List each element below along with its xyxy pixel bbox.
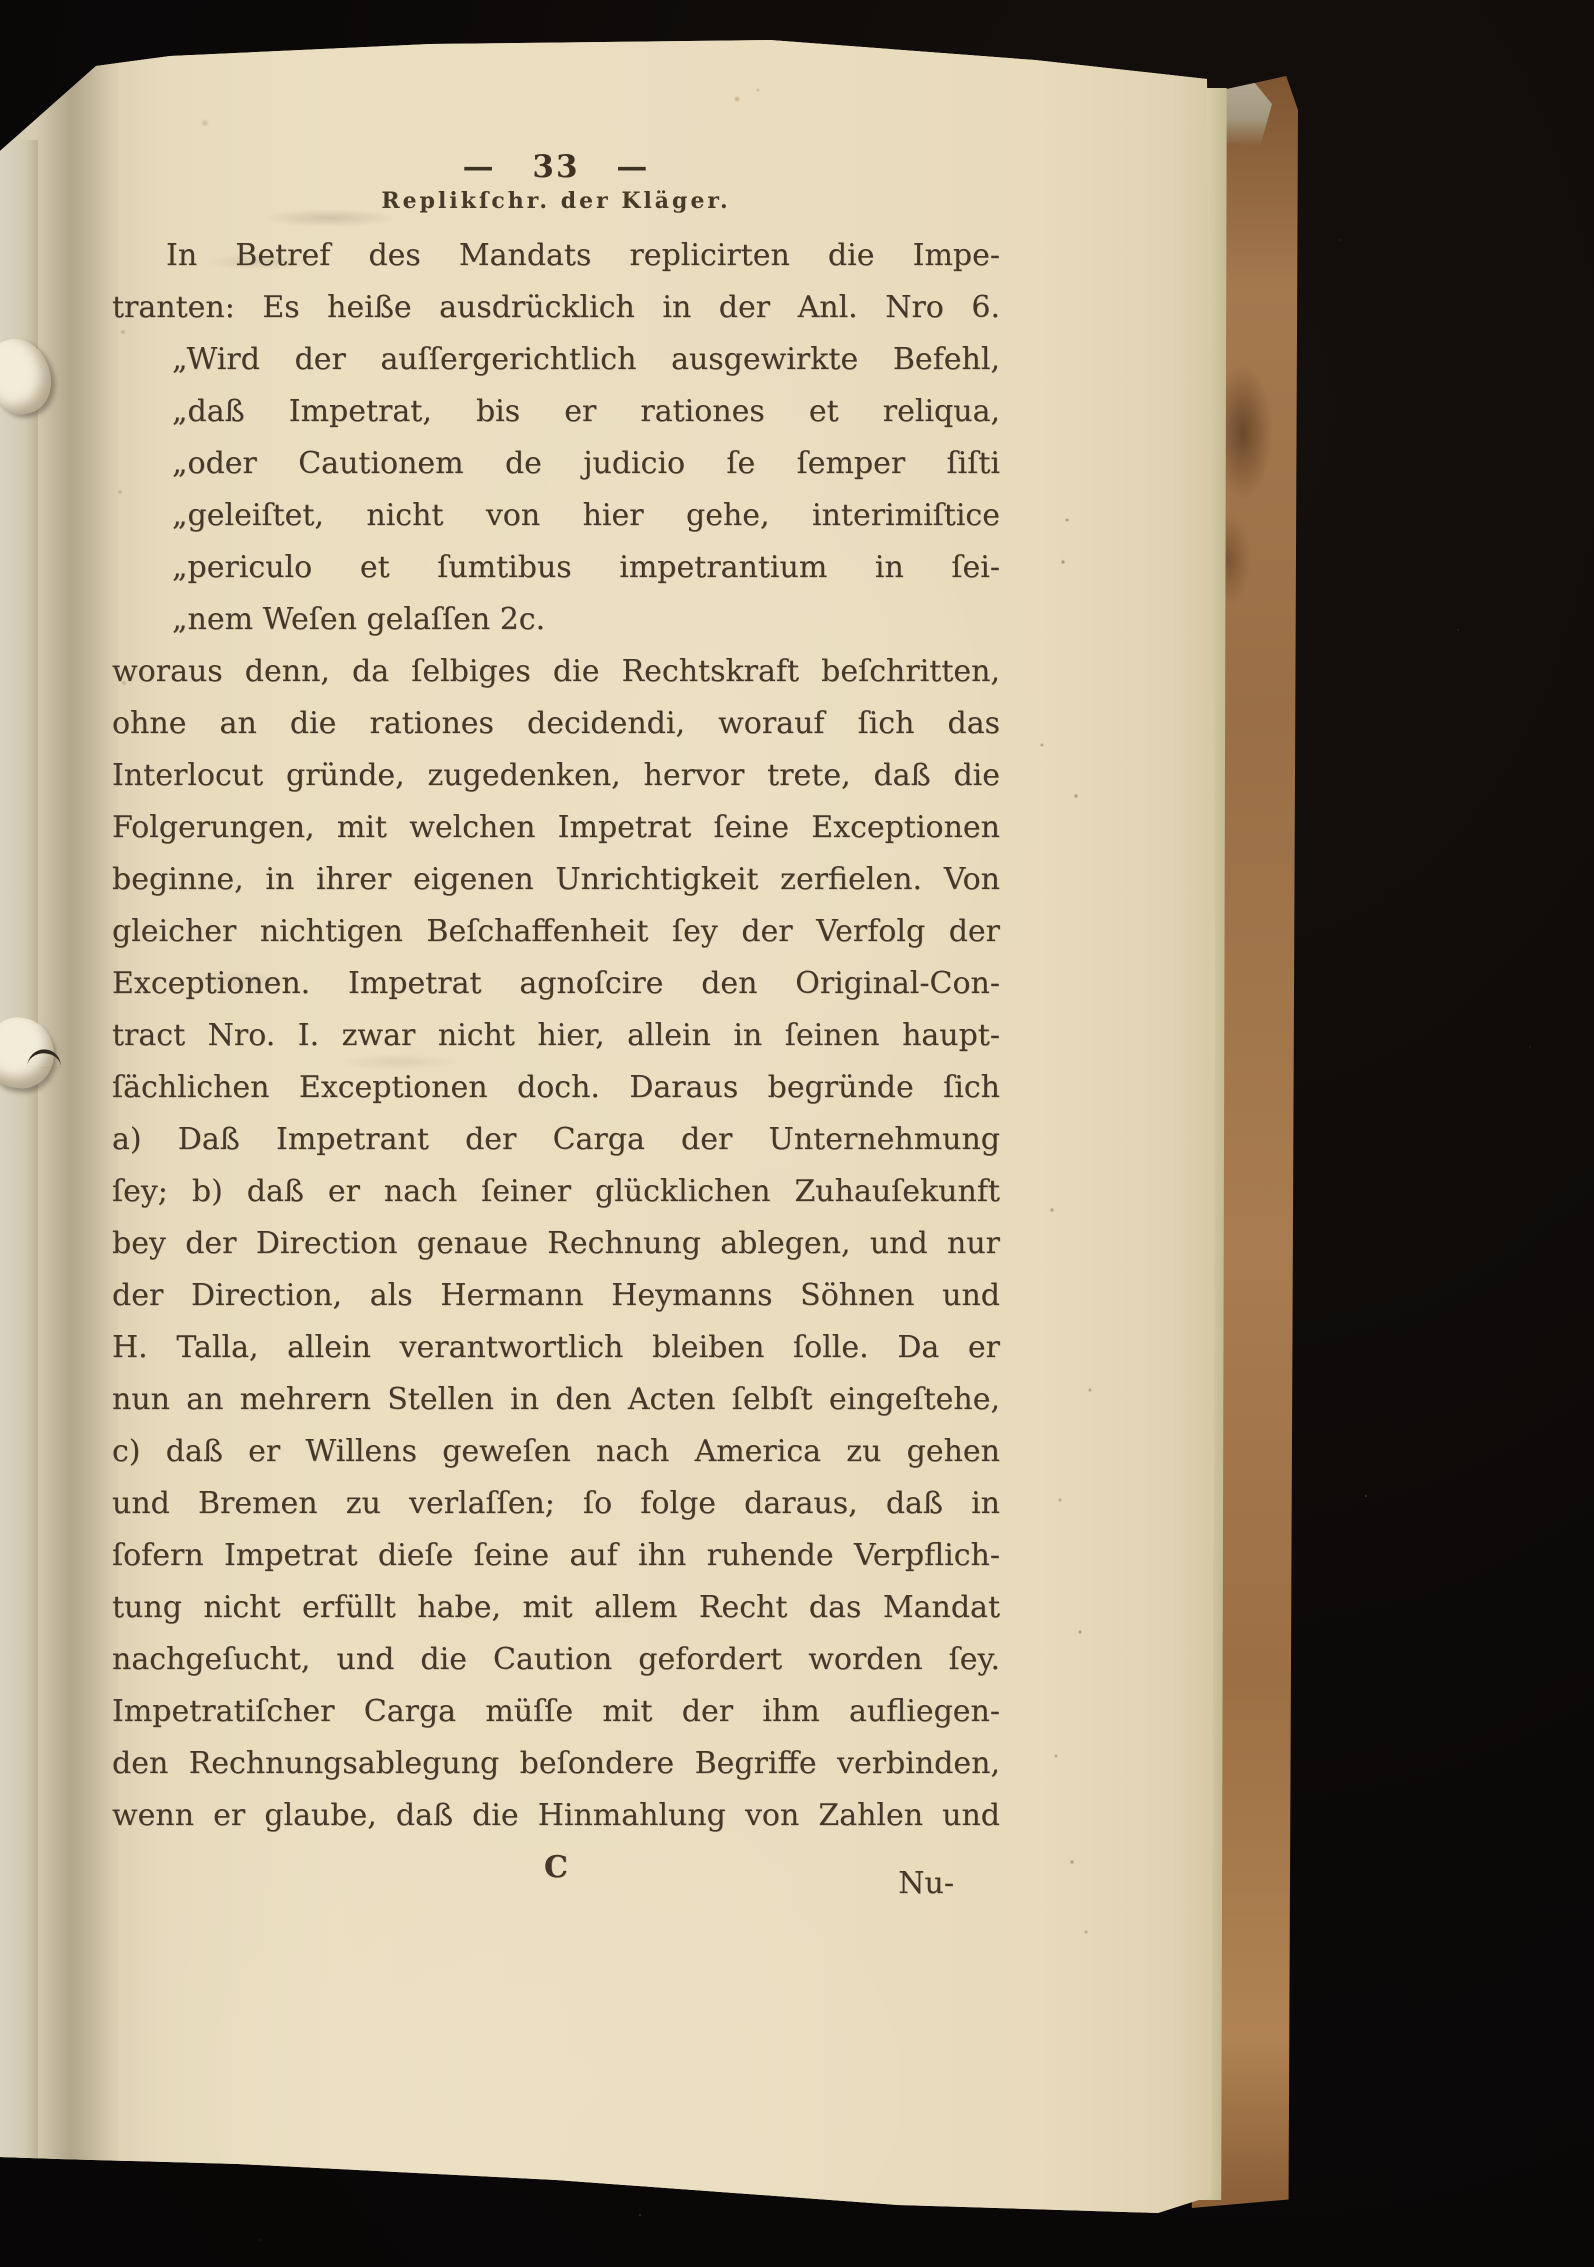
text-line: tract Nro. I. zwar nicht hier, allein in… bbox=[112, 1010, 1000, 1062]
running-head: Replikſchr. der Kläger. bbox=[112, 186, 1000, 216]
gutter-fold-shadow bbox=[36, 40, 118, 2170]
text-line: Impetratiſcher Carga müſſe mit der ihm a… bbox=[112, 1686, 1000, 1738]
text-line: bey der Direction genaue Rechnung ablege… bbox=[112, 1218, 1000, 1270]
text-line: ohne an die rationes decidendi, worauf ſ… bbox=[112, 698, 1000, 750]
text-line: gleicher nichtigen Beſchaffenheit ſey de… bbox=[112, 906, 1000, 958]
text-line: „periculo et ſumtibus impetrantium in ſe… bbox=[112, 542, 1000, 594]
text-line: woraus denn, da ſelbiges die Rechtskraft… bbox=[112, 646, 1000, 698]
text-line: Interlocut gründe, zugedenken, hervor tr… bbox=[112, 750, 1000, 802]
text-line: nun an mehrern Stellen in den Acten ſelb… bbox=[112, 1374, 1000, 1426]
text-line: beginne, in ihrer eigenen Unrichtigkeit … bbox=[112, 854, 1000, 906]
text-line: wenn er glaube, daß die Hinmahlung von Z… bbox=[112, 1790, 1000, 1842]
text-line: „geleiſtet, nicht von hier gehe, interim… bbox=[112, 490, 1000, 542]
body-text: In Betref des Mandats replicirten die Im… bbox=[112, 230, 1000, 1842]
text-line: a) Daß Impetrant der Carga der Unternehm… bbox=[112, 1114, 1000, 1166]
signature-mark: C bbox=[112, 1850, 1000, 1885]
text-line: „daß Impetrat, bis er rationes et reliqu… bbox=[112, 386, 1000, 438]
text-line: c) daß er Willens geweſen nach America z… bbox=[112, 1426, 1000, 1478]
text-line: und Bremen zu verlaſſen; ſo folge daraus… bbox=[112, 1478, 1000, 1530]
text-block: — 33 — Replikſchr. der Kläger. In Betref… bbox=[112, 148, 1000, 1910]
text-line: „oder Cautionem de judicio ſe ſemper ſiſ… bbox=[112, 438, 1000, 490]
page-number: — 33 — bbox=[112, 148, 1000, 186]
text-line: In Betref des Mandats replicirten die Im… bbox=[112, 230, 1000, 282]
text-line: ſofern Impetrat dieſe ſeine auf ihn ruhe… bbox=[112, 1530, 1000, 1582]
text-line: nachgeſucht, und die Caution gefordert w… bbox=[112, 1634, 1000, 1686]
text-line: „nem Weſen gelaſſen 2c. bbox=[112, 594, 1000, 646]
catchword: Nu- bbox=[898, 1866, 954, 1901]
text-line: Exceptionen. Impetrat agnoſcire den Orig… bbox=[112, 958, 1000, 1010]
previous-page-edge bbox=[0, 140, 38, 2170]
text-line: ſächlichen Exceptionen doch. Daraus begr… bbox=[112, 1062, 1000, 1114]
text-line: Folgerungen, mit welchen Impetrat ſeine … bbox=[112, 802, 1000, 854]
book-page: — 33 — Replikſchr. der Kläger. In Betref… bbox=[0, 0, 1232, 2267]
book-scan: — 33 — Replikſchr. der Kläger. In Betref… bbox=[0, 0, 1594, 2267]
text-line: tung nicht erfüllt habe, mit allem Recht… bbox=[112, 1582, 1000, 1634]
text-line: ſey; b) daß er nach ſeiner glücklichen Z… bbox=[112, 1166, 1000, 1218]
text-line: „Wird der auſſergerichtlich ausgewirkte … bbox=[112, 334, 1000, 386]
text-line: H. Talla, allein verantwortlich bleiben … bbox=[112, 1322, 1000, 1374]
page-footer: C Nu- bbox=[112, 1850, 1000, 1910]
text-line: tranten: Es heiße ausdrücklich in der An… bbox=[112, 282, 1000, 334]
text-line: der Direction, als Hermann Heymanns Söhn… bbox=[112, 1270, 1000, 1322]
text-line: den Rechnungsablegung beſondere Begriffe… bbox=[112, 1738, 1000, 1790]
